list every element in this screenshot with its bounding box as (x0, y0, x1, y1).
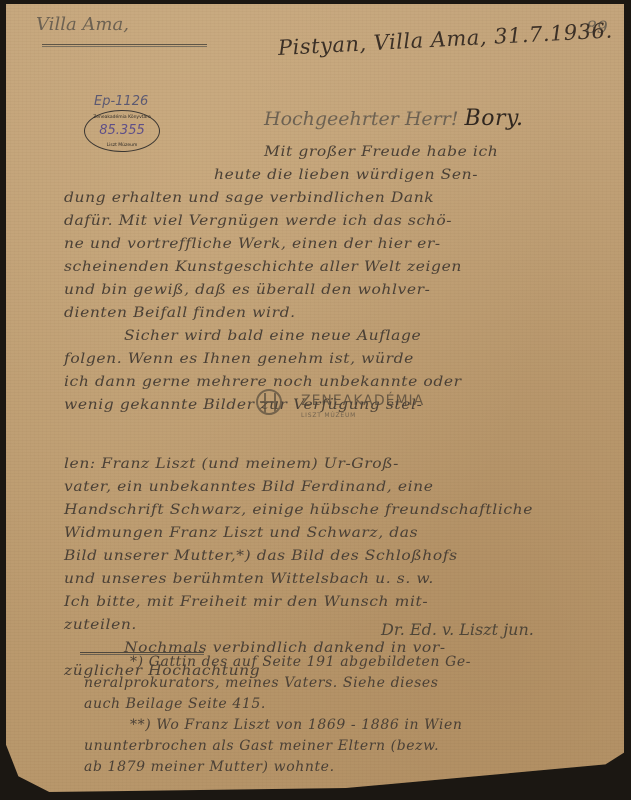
body-line: dung erhalten und sage verbindlichen Dan… (64, 189, 624, 210)
body-line: vater, ein unbekanntes Bild Ferdinand, e… (64, 478, 624, 499)
body-line: dafür. Mit viel Vergnügen werde ich das … (64, 212, 624, 233)
footnote-line: ununterbrochen als Gast meiner Eltern (b… (80, 738, 625, 759)
pencil-double-rule (42, 44, 207, 47)
shelf-mark: Ep-1126 (94, 94, 148, 109)
body-line: folgen. Wenn es Ihnen genehm ist, würde (64, 350, 624, 371)
letter-body-part1: Mit großer Freude habe ich heute die lie… (64, 142, 624, 418)
salutation: Hochgeehrter Herr! Bory. (264, 106, 523, 131)
footnote-line: ab 1879 meiner Mutter) wohnte. (80, 759, 625, 780)
body-line: Widmungen Franz Liszt und Schwarz, das (64, 524, 624, 545)
body-line: Handschrift Schwarz, einige hübsche freu… (64, 501, 624, 522)
body-line: zuteilen. (64, 616, 624, 637)
stamp-number: 85.355 (85, 123, 159, 138)
zeneakademia-watermark: ZENEAKADÉMIA LISZT MÚZEUM (256, 389, 456, 429)
body-line: dienten Beifall finden wird. (64, 304, 624, 325)
letter-page: Villa Ama, 89 Pistyan, Villa Ama, 31.7.1… (6, 4, 624, 792)
footnote-line: neralprokurators, meines Vaters. Siehe d… (80, 675, 625, 696)
stamp-top-text: Zeneakadémia Könyvtára (85, 115, 159, 120)
addressee-name: Bory. (465, 106, 524, 131)
signature: Dr. Ed. v. Liszt jun. (381, 620, 534, 639)
salutation-text: Hochgeehrter Herr! (264, 108, 458, 130)
body-line: und unseres berühmten Wittelsbach u. s. … (64, 570, 624, 591)
body-line: len: Franz Liszt (und meinem) Ur-Groß- (64, 455, 624, 476)
watermark-title: ZENEAKADÉMIA (301, 393, 424, 409)
place-date-line: Pistyan, Villa Ama, 31.7.1936. (277, 18, 613, 59)
body-line: scheinenden Kunstgeschichte aller Welt z… (64, 258, 624, 279)
body-line: Bild unserer Mutter,*) das Bild des Schl… (64, 547, 624, 568)
footnote-line: *) Gattin des auf Seite 191 abgebildeten… (80, 654, 625, 675)
footnotes: *) Gattin des auf Seite 191 abgebildeten… (80, 654, 625, 780)
footnote-line: **) Wo Franz Liszt von 1869 - 1886 in Wi… (80, 717, 625, 738)
harp-in-circle-icon (256, 389, 282, 415)
body-line: ne und vortreffliche Werk, einen der hie… (64, 235, 624, 256)
body-line: heute die lieben würdigen Sen- (64, 166, 624, 187)
body-line: Mit großer Freude habe ich (64, 143, 624, 164)
body-line: und bin gewiß, daß es überall den wohlve… (64, 281, 624, 302)
watermark-subtitle: LISZT MÚZEUM (301, 412, 356, 419)
body-line: Ich bitte, mit Freiheit mir den Wunsch m… (64, 593, 624, 614)
pencil-note-villa: Villa Ama, (36, 14, 129, 35)
body-line: Sicher wird bald eine neue Auflage (64, 327, 624, 348)
footnote-line: auch Beilage Seite 415. (80, 696, 625, 717)
letter-body-part2: len: Franz Liszt (und meinem) Ur-Groß- v… (64, 454, 624, 684)
